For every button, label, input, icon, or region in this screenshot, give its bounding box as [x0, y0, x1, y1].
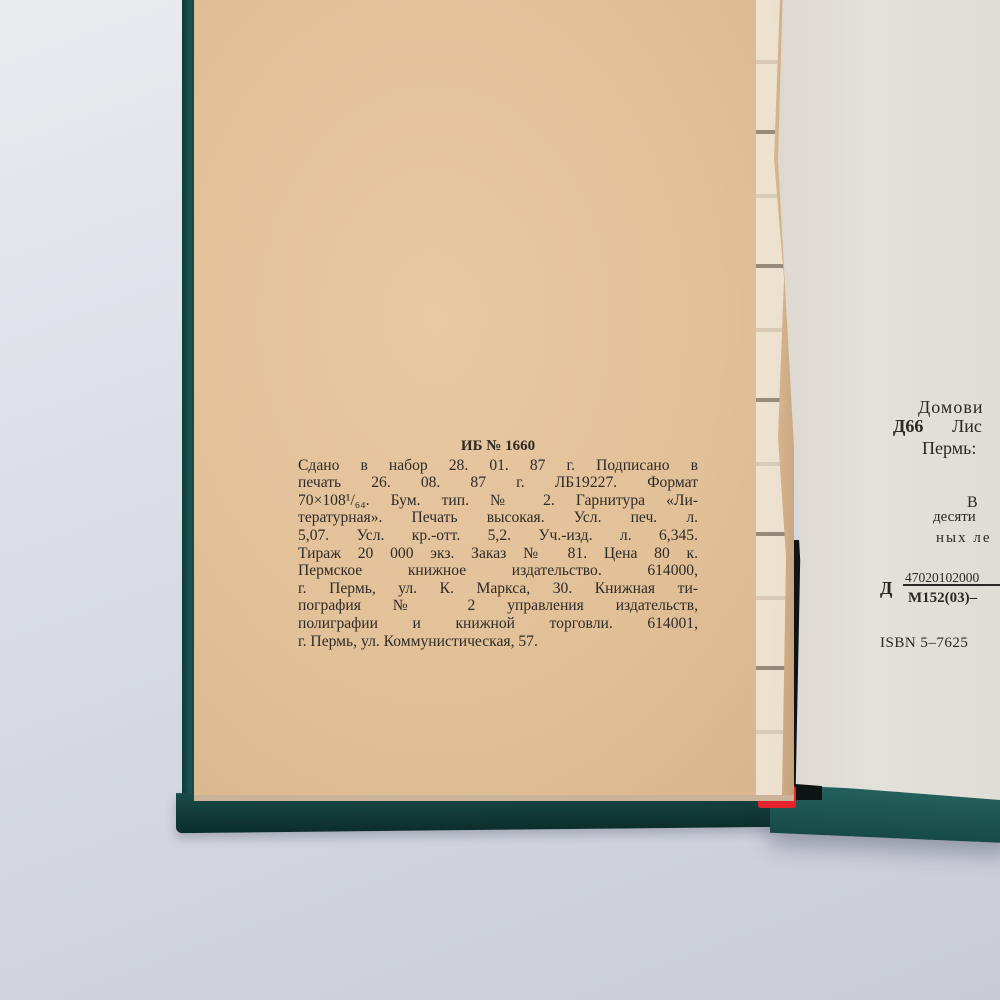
imprint-line: Пермское книжное издательство. 614000,	[298, 562, 698, 580]
left-page	[194, 0, 794, 801]
right-title-fragment: Лис	[952, 416, 982, 437]
imprint-line: Сдано в набор 28. 01. 87 г. Подписано в	[298, 457, 698, 475]
classification-code: Д66	[893, 416, 923, 436]
right-para-line: ных ле	[936, 530, 992, 547]
imprint-line: 5,07. Усл. кр.-отт. 5,2. Уч.-изд. л. 6,3…	[298, 527, 698, 545]
imprint-block: ИБ № 1660 Сдано в набор 28. 01. 87 г. По…	[298, 438, 698, 650]
imprint-line: Тираж 20 000 экз. Заказ № 81. Цена 80 к.	[298, 545, 698, 563]
imprint-line: г. Пермь, ул. К. Маркса, 30. Книжная ти-	[298, 580, 698, 598]
right-class-letter: Д	[880, 578, 892, 599]
right-city-fragment: Пермь:	[922, 438, 976, 459]
imprint-line: тературная». Печать высокая. Усл. печ. л…	[298, 509, 698, 527]
right-author-fragment: Домови	[918, 397, 983, 418]
imprint-line: г. Пермь, ул. Коммунистическая, 57.	[298, 633, 698, 651]
imprint-line: полиграфии и книжной торговли. 614001,	[298, 615, 698, 633]
right-isbn-fragment: ISBN 5–7625	[880, 635, 968, 652]
photo-scene: ИБ № 1660 Сдано в набор 28. 01. 87 г. По…	[0, 0, 1000, 1000]
imprint-line: пография № 2 управления издательств,	[298, 597, 698, 615]
imprint-title: ИБ № 1660	[298, 438, 698, 456]
right-fraction-bottom: М152(03)–	[908, 590, 977, 607]
imprint-line: печать 26. 08. 87 г. ЛБ19227. Формат	[298, 474, 698, 492]
right-para-line: десяти	[933, 509, 976, 526]
imprint-line: 70×108¹/₆₄. Бум. тип. № 2. Гарнитура «Ли…	[298, 492, 698, 510]
right-code-fragment: Д66	[893, 416, 923, 437]
fraction-line	[903, 584, 1000, 586]
